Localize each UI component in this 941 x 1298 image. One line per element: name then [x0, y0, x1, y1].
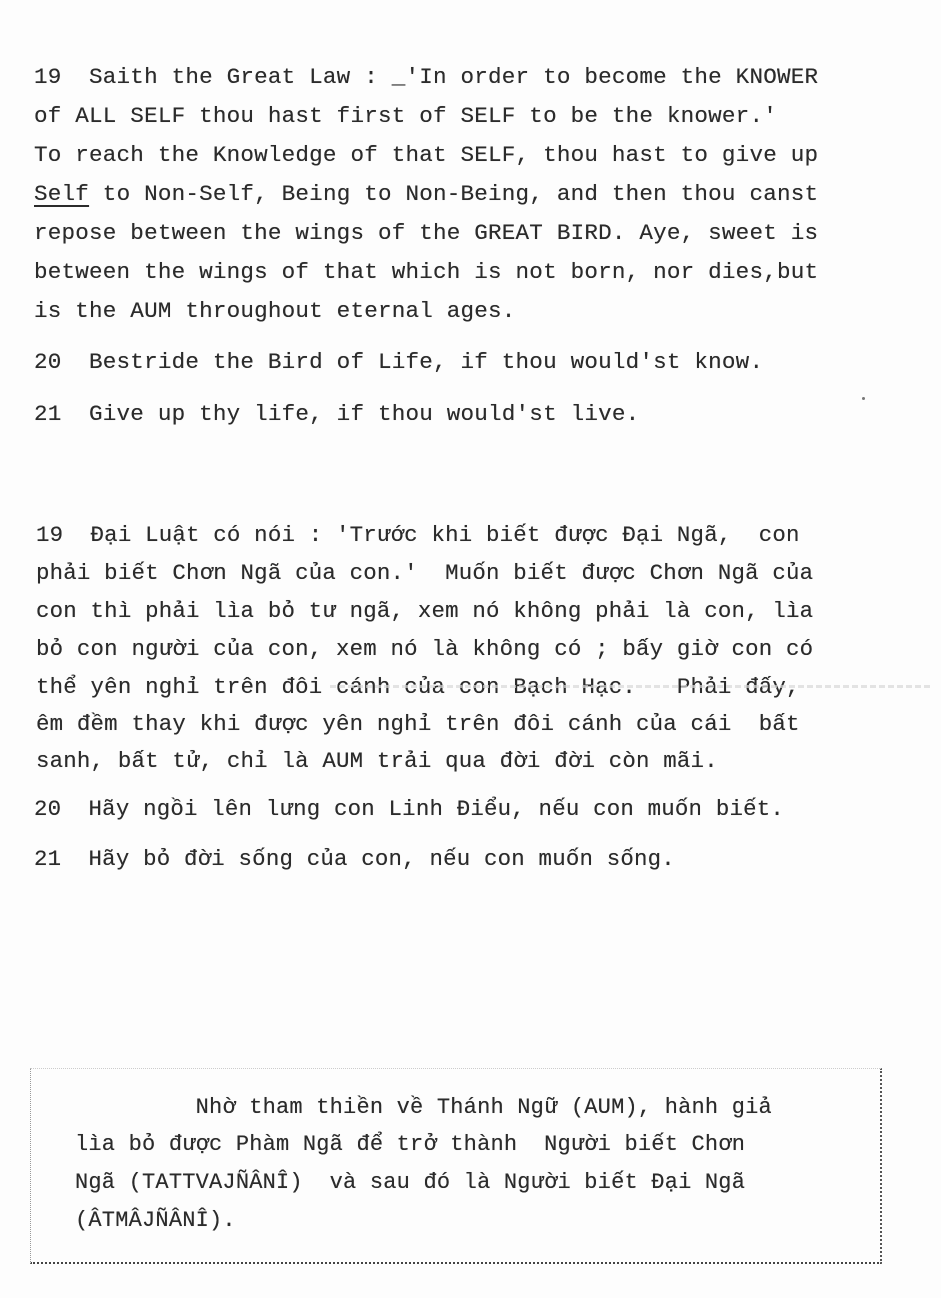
- verse-20: 20 Bestride the Bird of Life, if thou wo…: [34, 351, 763, 374]
- verse-19-line-4: Self to Non-Self, Being to Non-Being, an…: [34, 183, 818, 206]
- bleed-through-mark: [330, 685, 930, 688]
- verse-19-line-4-rest: to Non-Self, Being to Non-Being, and the…: [89, 181, 818, 207]
- underlined-self: Self: [34, 181, 89, 207]
- ink-speck: [862, 397, 865, 400]
- note-line-4: (ÂTMÂJÑÂNÎ).: [75, 1210, 236, 1232]
- note-line-2: lìa bỏ được Phàm Ngã để trở thành Người …: [75, 1134, 745, 1156]
- verse-19-line-1: 19 Saith the Great Law : _'In order to b…: [34, 66, 818, 89]
- verse-19-line-5: repose between the wings of the GREAT BI…: [34, 222, 818, 245]
- verse-19-line-3: To reach the Knowledge of that SELF, tho…: [34, 144, 818, 167]
- vi-verse-19-line-6: êm đềm thay khi được yên nghỉ trên đôi c…: [36, 713, 800, 735]
- vi-verse-19-line-2: phải biết Chơn Ngã của con.' Muốn biết đ…: [36, 562, 813, 584]
- vi-verse-19-line-7: sanh, bất tử, chỉ là AUM trải qua đời đờ…: [36, 750, 718, 772]
- vi-verse-19-line-3: con thì phải lìa bỏ tư ngã, xem nó không…: [36, 600, 813, 622]
- vi-verse-19-line-1: 19 Đại Luật có nói : 'Trước khi biết đượ…: [36, 524, 800, 546]
- scanned-page: 19 Saith the Great Law : _'In order to b…: [0, 0, 941, 1298]
- verse-19-line-2: of ALL SELF thou hast first of SELF to b…: [34, 105, 777, 128]
- verse-21: 21 Give up thy life, if thou would'st li…: [34, 403, 639, 426]
- verse-19-line-6: between the wings of that which is not b…: [34, 261, 818, 284]
- vi-verse-20: 20 Hãy ngồi lên lưng con Linh Điểu, nếu …: [34, 798, 784, 820]
- verse-19-line-7: is the AUM throughout eternal ages.: [34, 300, 516, 323]
- vi-verse-21: 21 Hãy bỏ đời sống của con, nếu con muốn…: [34, 848, 675, 870]
- note-box: Nhờ tham thiền về Thánh Ngữ (AUM), hành …: [30, 1068, 882, 1264]
- note-line-1: Nhờ tham thiền về Thánh Ngữ (AUM), hành …: [75, 1097, 772, 1119]
- note-line-3: Ngã (TATTVAJÑÂNÎ) và sau đó là Người biế…: [75, 1172, 745, 1194]
- vi-verse-19-line-4: bỏ con người của con, xem nó là không có…: [36, 638, 813, 660]
